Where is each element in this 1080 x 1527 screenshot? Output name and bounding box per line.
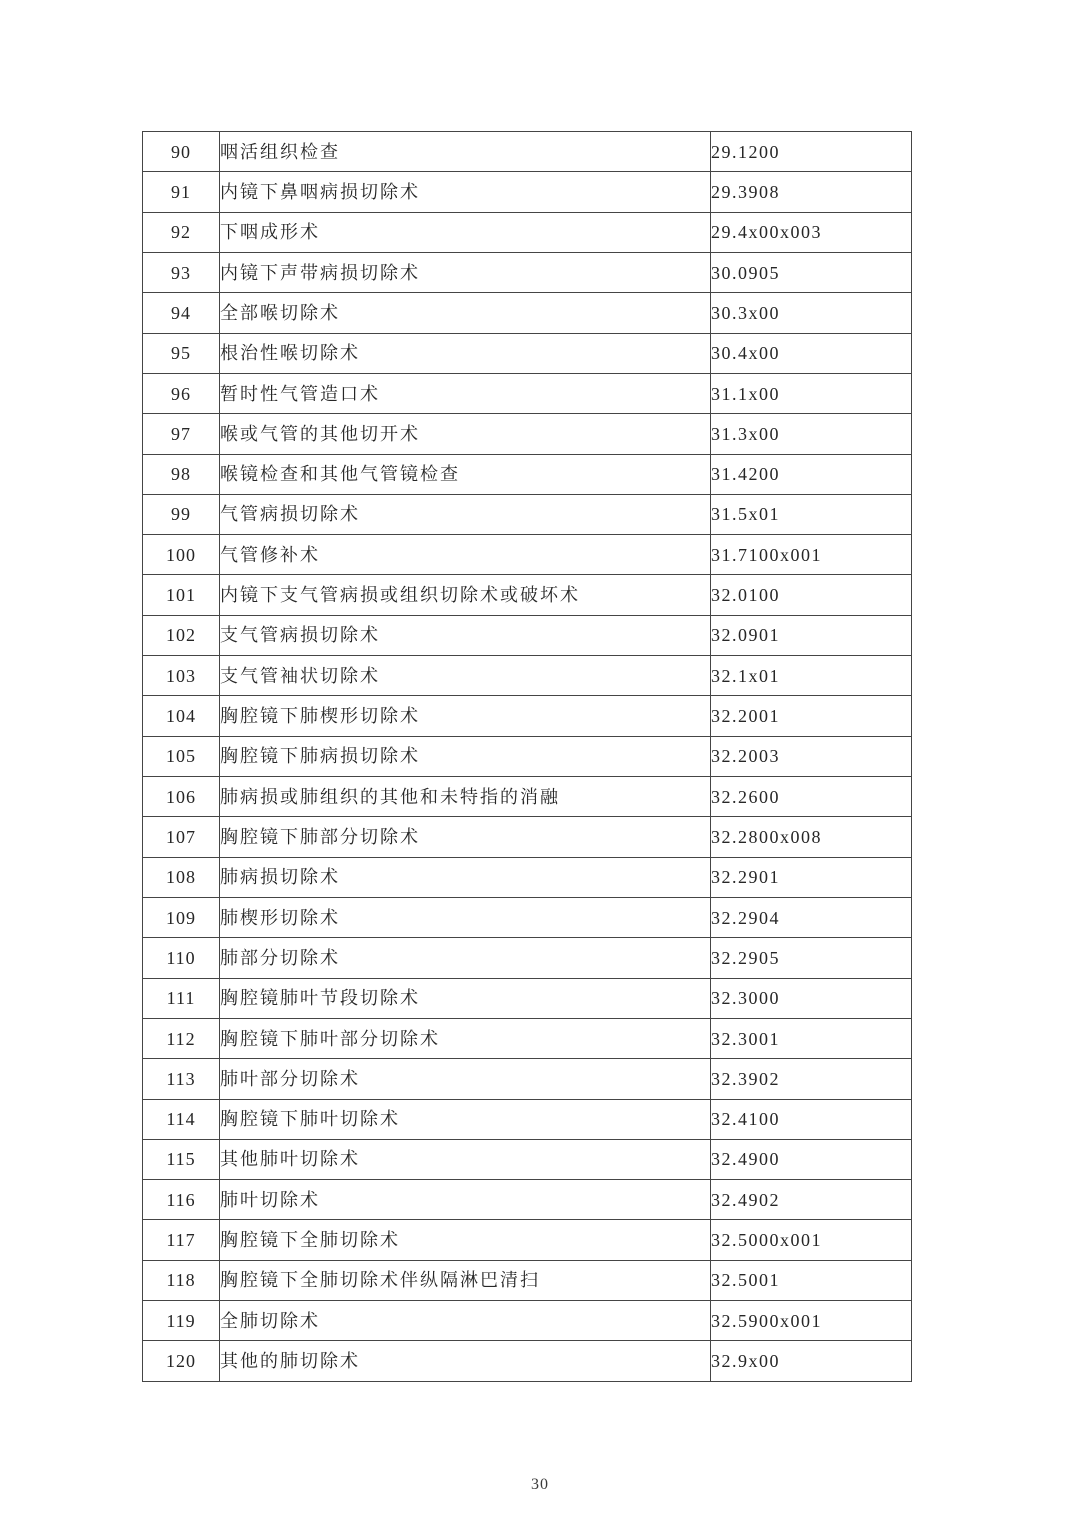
procedure-name-cell: 咽活组织检查 xyxy=(220,132,711,172)
row-number-cell: 115 xyxy=(143,1139,220,1179)
procedure-name-cell: 内镜下鼻咽病损切除术 xyxy=(220,172,711,212)
table-row: 103 支气管袖状切除术 32.1x01 xyxy=(143,656,912,696)
procedure-code-cell: 31.3x00 xyxy=(711,414,912,454)
row-number-cell: 95 xyxy=(143,333,220,373)
table-row: 110 肺部分切除术 32.2905 xyxy=(143,938,912,978)
row-number-cell: 92 xyxy=(143,212,220,252)
table-row: 91 内镜下鼻咽病损切除术 29.3908 xyxy=(143,172,912,212)
procedure-name-cell: 胸腔镜下肺楔形切除术 xyxy=(220,696,711,736)
procedure-name-cell: 胸腔镜下全肺切除术伴纵隔淋巴清扫 xyxy=(220,1260,711,1300)
procedure-code-cell: 32.2003 xyxy=(711,736,912,776)
table-row: 93 内镜下声带病损切除术 30.0905 xyxy=(143,252,912,292)
row-number-cell: 90 xyxy=(143,132,220,172)
row-number-cell: 111 xyxy=(143,978,220,1018)
procedure-code-cell: 32.4900 xyxy=(711,1139,912,1179)
procedure-code-cell: 32.5900x001 xyxy=(711,1301,912,1341)
table-row: 112 胸腔镜下肺叶部分切除术 32.3001 xyxy=(143,1018,912,1058)
table-row: 120 其他的肺切除术 32.9x00 xyxy=(143,1341,912,1382)
procedure-name-cell: 气管修补术 xyxy=(220,535,711,575)
procedure-name-cell: 全肺切除术 xyxy=(220,1301,711,1341)
procedure-name-cell: 胸腔镜下肺叶切除术 xyxy=(220,1099,711,1139)
table-row: 95 根治性喉切除术 30.4x00 xyxy=(143,333,912,373)
row-number-cell: 110 xyxy=(143,938,220,978)
table-row: 117 胸腔镜下全肺切除术 32.5000x001 xyxy=(143,1220,912,1260)
table-row: 109 肺楔形切除术 32.2904 xyxy=(143,897,912,937)
table-row: 97 喉或气管的其他切开术 31.3x00 xyxy=(143,414,912,454)
procedure-code-cell: 32.0901 xyxy=(711,615,912,655)
table-row: 119 全肺切除术 32.5900x001 xyxy=(143,1301,912,1341)
procedure-name-cell: 支气管病损切除术 xyxy=(220,615,711,655)
row-number-cell: 107 xyxy=(143,817,220,857)
table-row: 102 支气管病损切除术 32.0901 xyxy=(143,615,912,655)
procedure-name-cell: 其他的肺切除术 xyxy=(220,1341,711,1382)
procedure-name-cell: 内镜下声带病损切除术 xyxy=(220,252,711,292)
procedure-name-cell: 全部喉切除术 xyxy=(220,293,711,333)
procedure-name-cell: 根治性喉切除术 xyxy=(220,333,711,373)
row-number-cell: 108 xyxy=(143,857,220,897)
procedure-code-cell: 32.2600 xyxy=(711,777,912,817)
procedure-code-cell: 32.9x00 xyxy=(711,1341,912,1382)
procedure-code-cell: 30.0905 xyxy=(711,252,912,292)
procedure-name-cell: 肺叶部分切除术 xyxy=(220,1059,711,1099)
row-number-cell: 106 xyxy=(143,777,220,817)
procedure-name-cell: 胸腔镜下肺部分切除术 xyxy=(220,817,711,857)
procedure-code-cell: 30.3x00 xyxy=(711,293,912,333)
procedure-code-cell: 32.4100 xyxy=(711,1099,912,1139)
table-row: 116 肺叶切除术 32.4902 xyxy=(143,1180,912,1220)
procedure-code-cell: 32.2904 xyxy=(711,897,912,937)
procedure-name-cell: 肺病损或肺组织的其他和未特指的消融 xyxy=(220,777,711,817)
procedure-code-cell: 32.3000 xyxy=(711,978,912,1018)
table-row: 98 喉镜检查和其他气管镜检查 31.4200 xyxy=(143,454,912,494)
procedure-code-cell: 29.1200 xyxy=(711,132,912,172)
table-row: 99 气管病损切除术 31.5x01 xyxy=(143,494,912,534)
procedure-name-cell: 肺病损切除术 xyxy=(220,857,711,897)
table-row: 111 胸腔镜肺叶节段切除术 32.3000 xyxy=(143,978,912,1018)
row-number-cell: 120 xyxy=(143,1341,220,1382)
table-row: 115 其他肺叶切除术 32.4900 xyxy=(143,1139,912,1179)
table-row: 101 内镜下支气管病损或组织切除术或破坏术 32.0100 xyxy=(143,575,912,615)
procedure-code-cell: 32.0100 xyxy=(711,575,912,615)
procedure-code-table: 90 咽活组织检查 29.1200 91 内镜下鼻咽病损切除术 29.3908 … xyxy=(142,131,912,1382)
row-number-cell: 96 xyxy=(143,373,220,413)
procedure-code-cell: 32.5001 xyxy=(711,1260,912,1300)
procedure-code-cell: 32.3902 xyxy=(711,1059,912,1099)
procedure-code-cell: 30.4x00 xyxy=(711,333,912,373)
procedure-code-cell: 32.4902 xyxy=(711,1180,912,1220)
procedure-code-cell: 31.1x00 xyxy=(711,373,912,413)
procedure-name-cell: 下咽成形术 xyxy=(220,212,711,252)
table-body: 90 咽活组织检查 29.1200 91 内镜下鼻咽病损切除术 29.3908 … xyxy=(143,132,912,1382)
row-number-cell: 100 xyxy=(143,535,220,575)
row-number-cell: 102 xyxy=(143,615,220,655)
row-number-cell: 116 xyxy=(143,1180,220,1220)
table-row: 92 下咽成形术 29.4x00x003 xyxy=(143,212,912,252)
procedure-code-cell: 29.4x00x003 xyxy=(711,212,912,252)
procedure-code-cell: 32.2001 xyxy=(711,696,912,736)
table-row: 118 胸腔镜下全肺切除术伴纵隔淋巴清扫 32.5001 xyxy=(143,1260,912,1300)
procedure-name-cell: 内镜下支气管病损或组织切除术或破坏术 xyxy=(220,575,711,615)
row-number-cell: 119 xyxy=(143,1301,220,1341)
table-row: 106 肺病损或肺组织的其他和未特指的消融 32.2600 xyxy=(143,777,912,817)
table-row: 113 肺叶部分切除术 32.3902 xyxy=(143,1059,912,1099)
procedure-name-cell: 其他肺叶切除术 xyxy=(220,1139,711,1179)
procedure-name-cell: 喉或气管的其他切开术 xyxy=(220,414,711,454)
procedure-code-cell: 32.2905 xyxy=(711,938,912,978)
table-row: 114 胸腔镜下肺叶切除术 32.4100 xyxy=(143,1099,912,1139)
row-number-cell: 117 xyxy=(143,1220,220,1260)
procedure-name-cell: 胸腔镜下全肺切除术 xyxy=(220,1220,711,1260)
row-number-cell: 105 xyxy=(143,736,220,776)
procedure-name-cell: 肺叶切除术 xyxy=(220,1180,711,1220)
table-row: 96 暂时性气管造口术 31.1x00 xyxy=(143,373,912,413)
row-number-cell: 112 xyxy=(143,1018,220,1058)
procedure-code-cell: 29.3908 xyxy=(711,172,912,212)
table-row: 100 气管修补术 31.7100x001 xyxy=(143,535,912,575)
procedure-code-cell: 31.7100x001 xyxy=(711,535,912,575)
procedure-code-cell: 31.4200 xyxy=(711,454,912,494)
procedure-name-cell: 暂时性气管造口术 xyxy=(220,373,711,413)
row-number-cell: 91 xyxy=(143,172,220,212)
document-page: 90 咽活组织检查 29.1200 91 内镜下鼻咽病损切除术 29.3908 … xyxy=(0,0,1080,1527)
table-row: 107 胸腔镜下肺部分切除术 32.2800x008 xyxy=(143,817,912,857)
row-number-cell: 101 xyxy=(143,575,220,615)
procedure-code-cell: 32.1x01 xyxy=(711,656,912,696)
page-number: 30 xyxy=(0,1476,1080,1494)
row-number-cell: 97 xyxy=(143,414,220,454)
table-row: 90 咽活组织检查 29.1200 xyxy=(143,132,912,172)
row-number-cell: 113 xyxy=(143,1059,220,1099)
procedure-code-cell: 32.2800x008 xyxy=(711,817,912,857)
procedure-name-cell: 气管病损切除术 xyxy=(220,494,711,534)
procedure-code-cell: 32.3001 xyxy=(711,1018,912,1058)
row-number-cell: 93 xyxy=(143,252,220,292)
table-row: 104 胸腔镜下肺楔形切除术 32.2001 xyxy=(143,696,912,736)
procedure-code-cell: 32.2901 xyxy=(711,857,912,897)
row-number-cell: 98 xyxy=(143,454,220,494)
row-number-cell: 104 xyxy=(143,696,220,736)
procedure-name-cell: 喉镜检查和其他气管镜检查 xyxy=(220,454,711,494)
row-number-cell: 114 xyxy=(143,1099,220,1139)
procedure-code-cell: 32.5000x001 xyxy=(711,1220,912,1260)
row-number-cell: 94 xyxy=(143,293,220,333)
table-row: 94 全部喉切除术 30.3x00 xyxy=(143,293,912,333)
row-number-cell: 109 xyxy=(143,897,220,937)
procedure-name-cell: 胸腔镜肺叶节段切除术 xyxy=(220,978,711,1018)
procedure-name-cell: 支气管袖状切除术 xyxy=(220,656,711,696)
procedure-code-cell: 31.5x01 xyxy=(711,494,912,534)
procedure-name-cell: 肺部分切除术 xyxy=(220,938,711,978)
procedure-name-cell: 胸腔镜下肺病损切除术 xyxy=(220,736,711,776)
row-number-cell: 118 xyxy=(143,1260,220,1300)
row-number-cell: 103 xyxy=(143,656,220,696)
row-number-cell: 99 xyxy=(143,494,220,534)
procedure-name-cell: 胸腔镜下肺叶部分切除术 xyxy=(220,1018,711,1058)
table-row: 105 胸腔镜下肺病损切除术 32.2003 xyxy=(143,736,912,776)
procedure-name-cell: 肺楔形切除术 xyxy=(220,897,711,937)
table-row: 108 肺病损切除术 32.2901 xyxy=(143,857,912,897)
